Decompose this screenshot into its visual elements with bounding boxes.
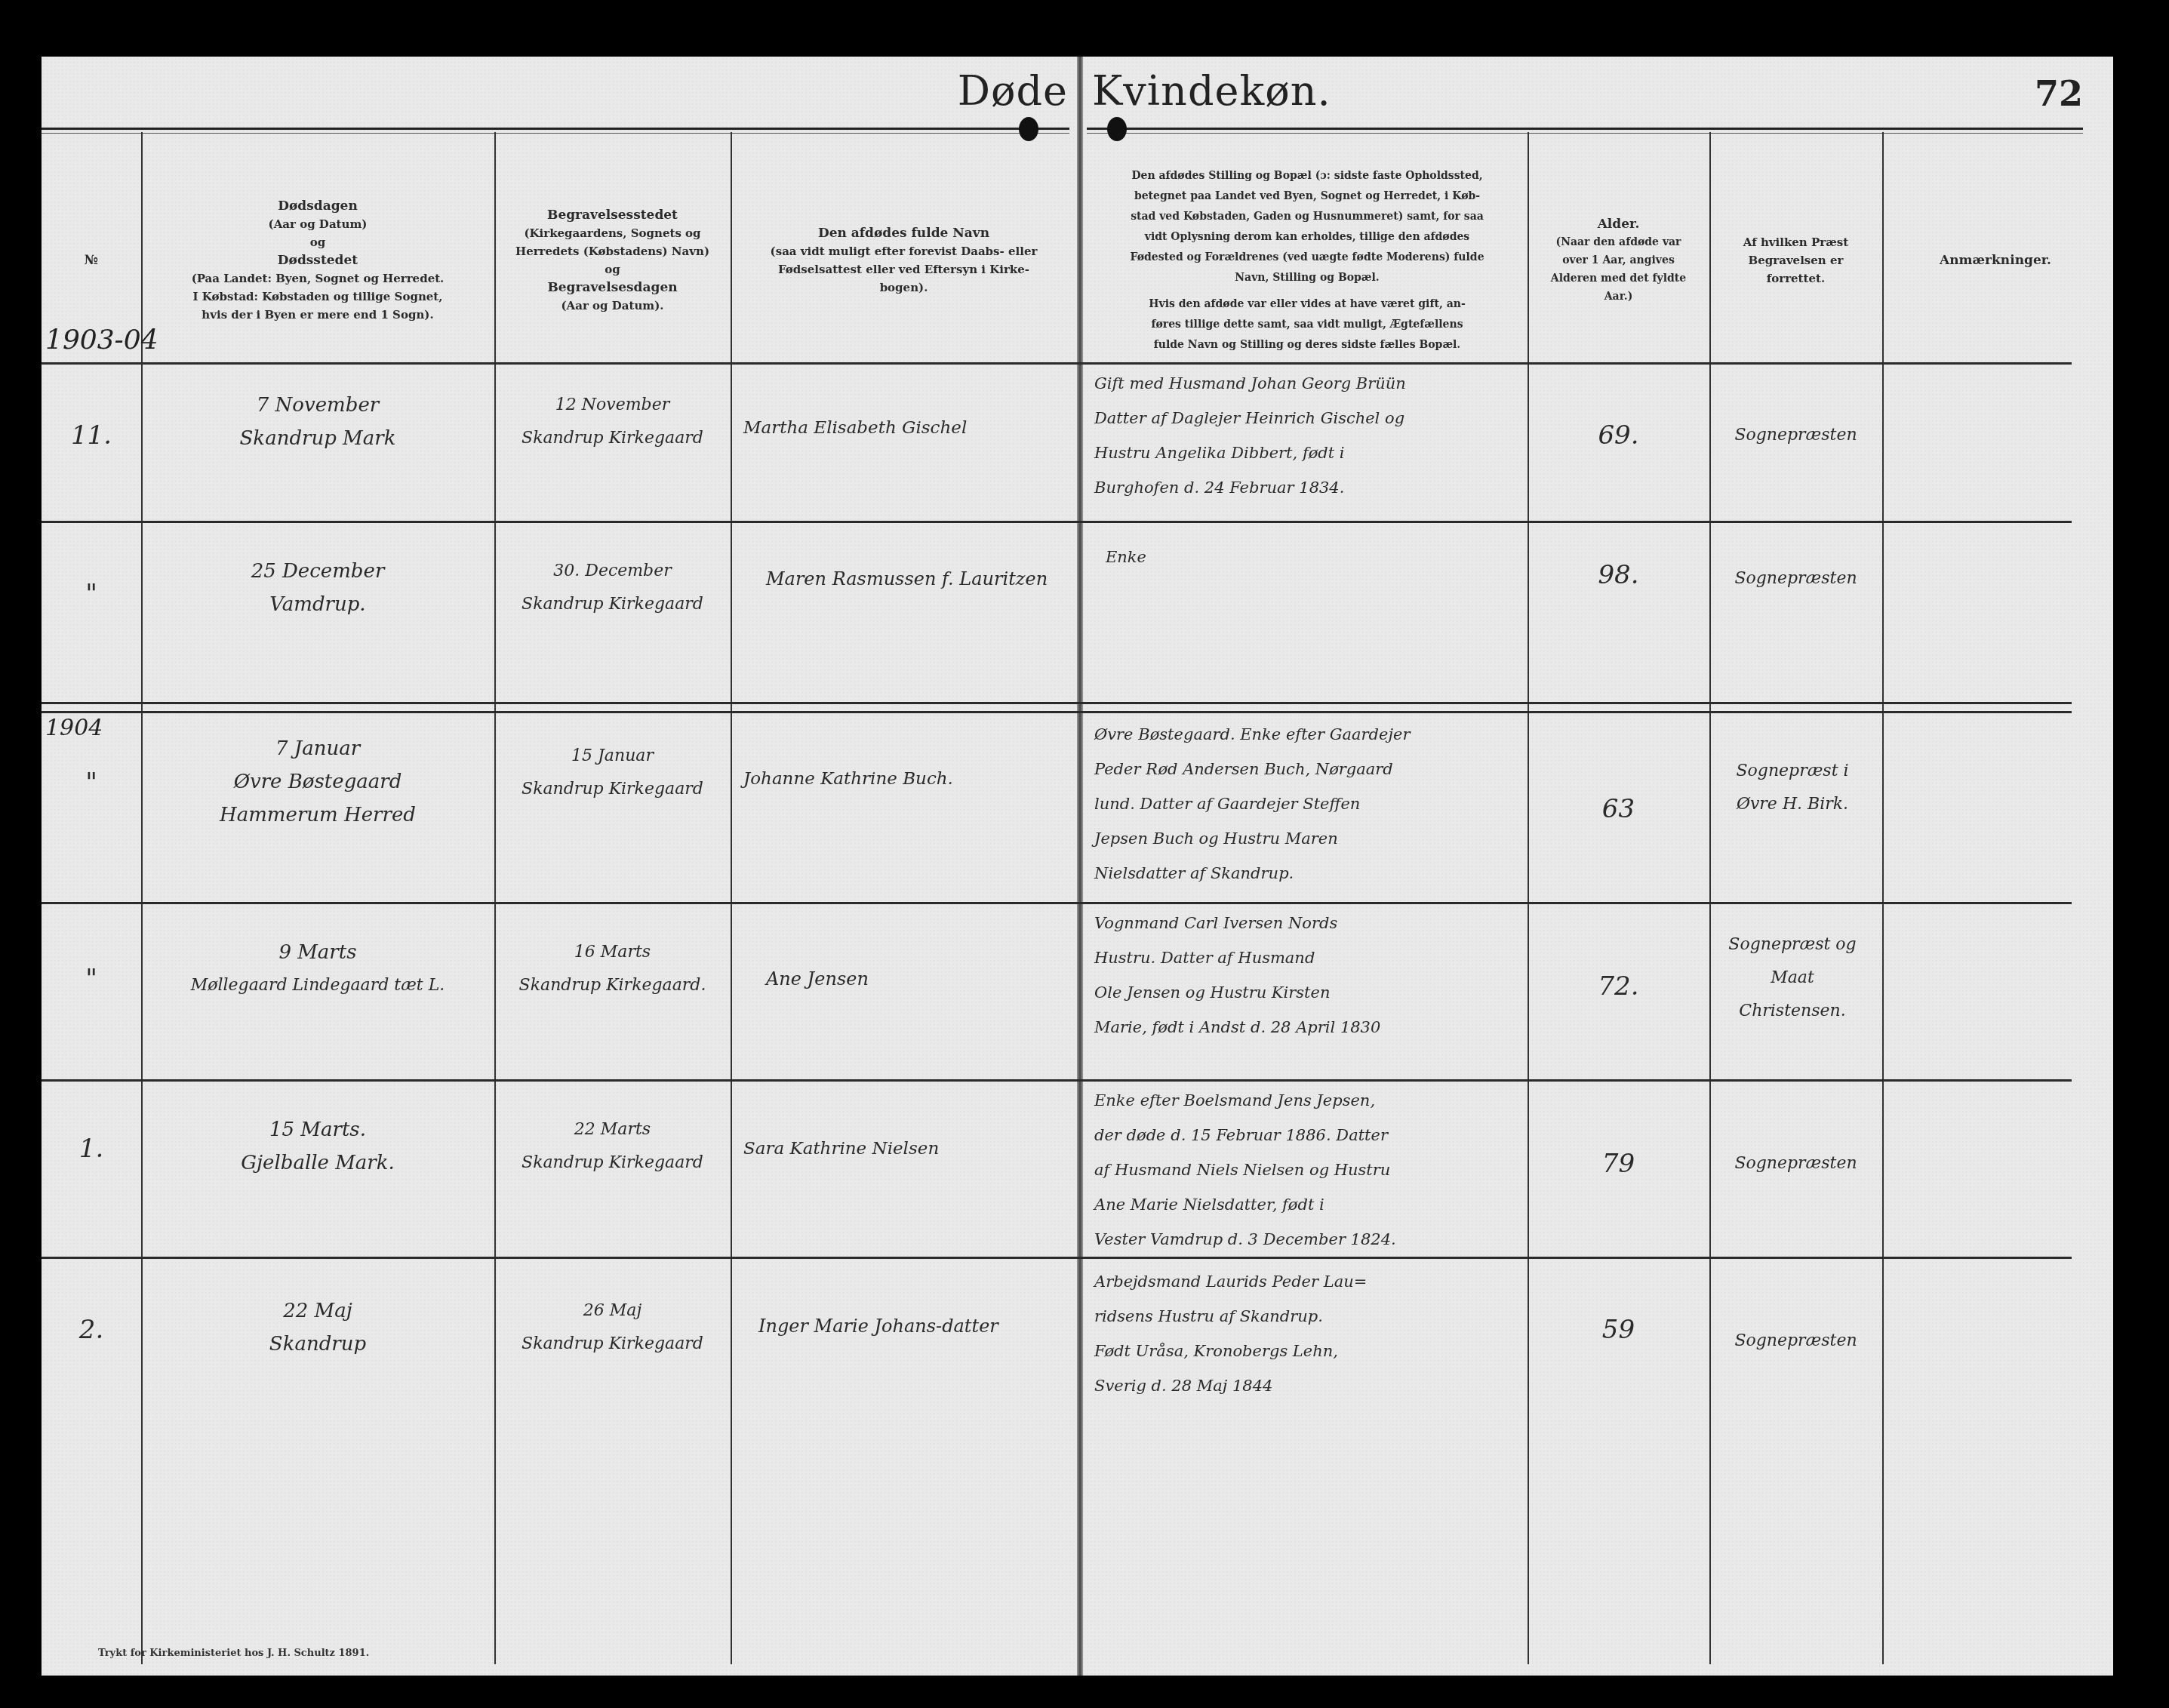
register-book: Døde Kvindekøn. 72 № Dødsdagen (Aar og D… [42, 57, 2113, 1676]
row-number: " [42, 962, 141, 996]
header-bottom-rule [42, 362, 2072, 365]
header-burial: Begravelsesstedet (Kirkegaardens, Sognet… [494, 136, 731, 385]
priest-cell: Sognepræsten [1709, 1147, 1882, 1180]
deceased-name: Johanne Kathrine Buch. [743, 762, 1075, 796]
age-cell: 69. [1528, 419, 1709, 452]
year-marker: 1904 [45, 715, 103, 741]
row-number: 11. [42, 419, 141, 452]
burial-cell: 16 Marts Skandrup Kirkegaard. [494, 936, 731, 1002]
row-rule [42, 711, 2072, 713]
row-number: 1. [42, 1132, 141, 1165]
row-rule [42, 902, 2072, 904]
row-number: 2. [42, 1313, 141, 1346]
row-rule [42, 1079, 2072, 1082]
row-rule [42, 521, 2072, 523]
header-name: Den afdødes fulde Navn (saa vidt muligt … [731, 136, 1077, 385]
deceased-name: Inger Marie Johans-datter [758, 1309, 1045, 1343]
position-cell: Enke efter Boelsmand Jens Jepsen, der dø… [1094, 1083, 1524, 1257]
priest-cell: Sognepræsten [1709, 1325, 1882, 1358]
printer-imprint: Trykt for Kirkeministeriet hos J. H. Sch… [98, 1648, 369, 1659]
deceased-name: Ane Jensen [766, 962, 1053, 996]
header-age: Alder. (Naar den afdøde var over 1 Aar, … [1528, 136, 1709, 385]
header-death: Dødsdagen (Aar og Datum) og Dødsstedet (… [141, 136, 494, 385]
page-title-right: Kvindekøn. [1092, 67, 1331, 115]
age-cell: 59 [1528, 1313, 1709, 1346]
burial-cell: 26 Maj Skandrup Kirkegaard [494, 1294, 731, 1361]
deceased-name: Maren Rasmussen f. Lauritzen [766, 562, 1053, 595]
top-rule-left [42, 128, 1069, 134]
position-cell: Enke [1106, 540, 1528, 574]
book-spine [1077, 57, 1083, 1676]
burial-cell: 12 November Skandrup Kirkegaard [494, 389, 731, 455]
priest-cell: Sognepræst i Øvre H. Birk. [1717, 755, 1868, 821]
deceased-name: Sara Kathrine Nielsen [743, 1132, 1075, 1165]
position-cell: Gift med Husmand Johan Georg Brüün Datte… [1094, 366, 1524, 505]
row-number: " [42, 577, 141, 611]
page-title-left: Døde [958, 67, 1068, 115]
header-position: Den afdødes Stilling og Bopæl (ɔ: sidste… [1087, 136, 1528, 385]
page-number: 72 [2035, 73, 2083, 114]
death-cell: 7 Januar Øvre Bøstegaard Hammerum Herred [141, 732, 494, 832]
priest-cell: Sognepræsten [1709, 562, 1882, 595]
death-cell: 25 December Vamdrup. [141, 555, 494, 621]
death-cell: 22 Maj Skandrup [141, 1294, 494, 1361]
row-rule [42, 1257, 2072, 1259]
age-cell: 79 [1528, 1147, 1709, 1180]
header-priest: Af hvilken Præst Begravelsen er forrette… [1709, 136, 1882, 385]
burial-cell: 22 Marts Skandrup Kirkegaard [494, 1113, 731, 1180]
priest-cell: Sognepræst og Maat Christensen. [1717, 928, 1868, 1028]
row-rule [42, 702, 2072, 704]
position-cell: Øvre Bøstegaard. Enke efter Gaardejer Pe… [1094, 717, 1524, 891]
top-rule-right [1087, 128, 2083, 134]
burial-cell: 30. December Skandrup Kirkegaard [494, 555, 731, 621]
position-cell: Vognmand Carl Iversen Nords Hustru. Datt… [1094, 906, 1524, 1045]
position-cell: Arbejdsmand Laurids Peder Lau= ridsens H… [1094, 1264, 1524, 1403]
deceased-name: Martha Elisabeth Gischel [743, 411, 1075, 445]
death-cell: 15 Marts. Gjelballe Mark. [141, 1113, 494, 1180]
header-remarks: Anmærkninger. [1882, 136, 2109, 385]
row-number: " [42, 766, 141, 799]
burial-cell: 15 Januar Skandrup Kirkegaard [494, 740, 731, 806]
age-cell: 63 [1528, 792, 1709, 826]
year-marker: 1903-04 [45, 325, 158, 355]
age-cell: 98. [1528, 559, 1709, 592]
age-cell: 72. [1528, 970, 1709, 1003]
death-cell: 7 November Skandrup Mark [141, 389, 494, 455]
priest-cell: Sognepræsten [1709, 419, 1882, 452]
death-cell: 9 Marts Møllegaard Lindegaard tæt L. [141, 936, 494, 1002]
